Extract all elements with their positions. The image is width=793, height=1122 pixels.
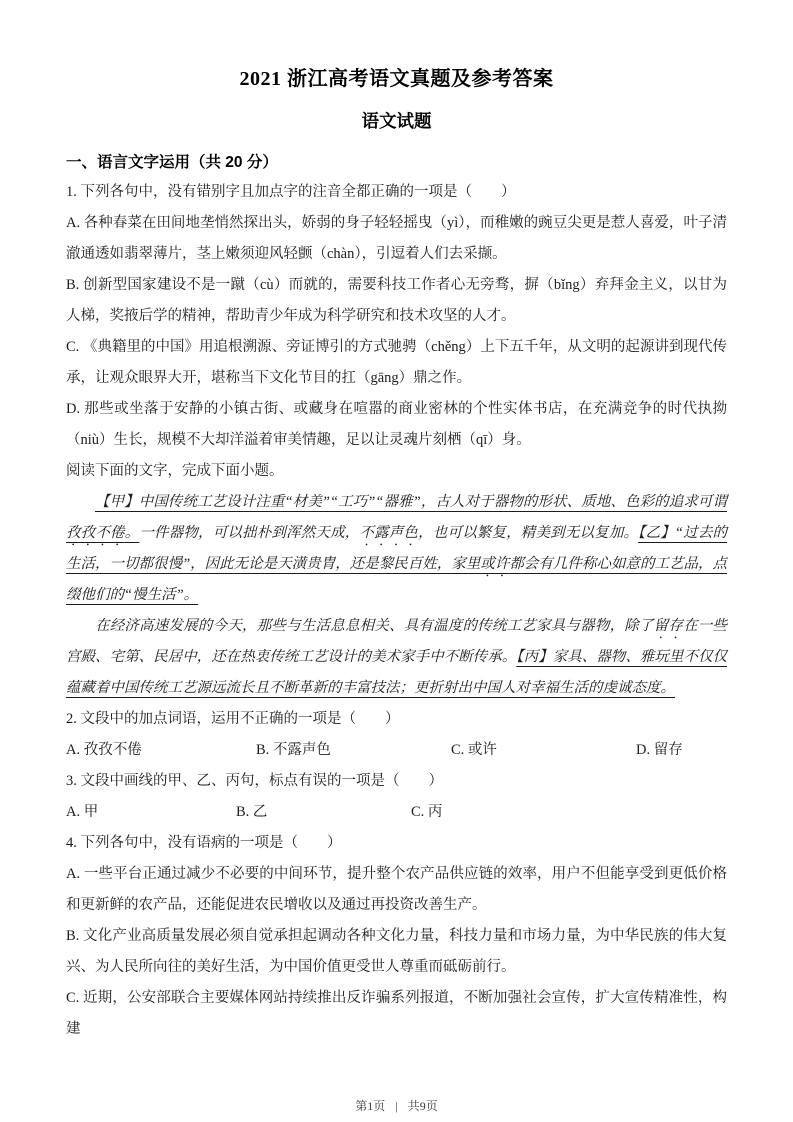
passage-text: 一件器物，可以拙朴到浑然天成， — [139, 525, 359, 541]
q4-stem: 4. 下列各句中，没有语病的一项是（ ） — [66, 828, 727, 859]
q1-option-a: A. 各种春菜在田间地垄悄然探出头，娇弱的身子轻轻摇曳（yì），而稚嫩的豌豆尖更… — [66, 208, 727, 270]
document-title: 2021 浙江高考语文真题及参考答案 — [66, 62, 727, 91]
q1-stem: 1. 下列各句中，没有错别字且加点字的注音全都正确的一项是（ ） — [66, 177, 727, 208]
q4-option-b: B. 文化产业高质量发展必须自觉承担起调动各种文化力量，科技力量和市场力量，为中… — [66, 921, 727, 983]
dotted-word-bulushengse: 不露声色 — [359, 525, 418, 541]
q4-option-c: C. 近期，公安部联合主要媒体网站持续推出反诈骗系列报道，不断加强社会宣传，扩大… — [66, 983, 727, 1045]
page-count: 共9页 — [408, 1099, 438, 1113]
q2-option-a: A. 孜孜不倦 — [66, 735, 256, 766]
q2-option-c: C. 或许 — [451, 735, 636, 766]
q1-option-b: B. 创新型国家建设不是一蹴（cù）而就的，需要科技工作者心无旁骛，摒（bǐng… — [66, 270, 727, 332]
q1-option-d: D. 那些或坐落于安静的小镇古街、或藏身在喧嚣的商业密林的个性实体书店，在充满竞… — [66, 394, 727, 456]
q1-option-c: C. 《典籍里的中国》用追根溯源、旁证博引的方式驰骋（chěng）上下五千年，从… — [66, 332, 727, 394]
dotted-word-huoxu: 或许 — [480, 556, 509, 572]
q2-option-d: D. 留存 — [636, 735, 727, 766]
q2-stem: 2. 文段中的加点词语，运用不正确的一项是（ ） — [66, 704, 727, 735]
q4-option-a: A. 一些平台正通过减少不必要的中间环节，提升整个农产品供应链的效率，用户不但能… — [66, 859, 727, 921]
q3-stem: 3. 文段中画线的甲、乙、丙句，标点有误的一项是（ ） — [66, 766, 727, 797]
reading-prompt: 阅读下面的文字，完成下面小题。 — [66, 456, 727, 487]
page-footer: 第1页|共9页 — [0, 1097, 793, 1114]
q2-options-row: A. 孜孜不倦 B. 不露声色 C. 或许 D. 留存 — [66, 735, 727, 766]
passage-text: 在经济高速发展的今天，那些与生活息息相关、具有温度的传统工艺家具与器物，除了 — [95, 618, 654, 634]
q2-option-b: B. 不露声色 — [256, 735, 451, 766]
underlined-sentence-jia: 【甲】中国传统工艺设计注重“材美”“工巧”“器雅”，古人对于器物的形状、质地、色… — [95, 494, 727, 510]
passage-paragraph-1: 【甲】中国传统工艺设计注重“材美”“工巧”“器雅”，古人对于器物的形状、质地、色… — [66, 487, 727, 611]
footer-separator: | — [395, 1099, 397, 1113]
page-number: 第1页 — [355, 1099, 385, 1113]
section-heading: 一、语言文字运用（共 20 分） — [66, 150, 727, 172]
dotted-word-zizibujuan: 孜孜不倦 — [66, 525, 125, 541]
passage-text: ，也可以繁复，精美到无以复加。 — [418, 525, 638, 541]
exam-page: 2021 浙江高考语文真题及参考答案 语文试题 一、语言文字运用（共 20 分）… — [0, 0, 793, 1122]
q3-option-c: C. 丙 — [411, 797, 727, 828]
q3-option-a: A. 甲 — [66, 797, 236, 828]
passage-paragraph-2: 在经济高速发展的今天，那些与生活息息相关、具有温度的传统工艺家具与器物，除了留存… — [66, 611, 727, 704]
q3-option-b: B. 乙 — [236, 797, 411, 828]
paper-subtitle: 语文试题 — [66, 108, 727, 133]
underlined-sentence-jia-end: 。 — [125, 525, 140, 541]
dotted-word-liucun: 留存 — [654, 618, 683, 634]
q3-options-row: A. 甲 B. 乙 C. 丙 — [66, 797, 727, 828]
